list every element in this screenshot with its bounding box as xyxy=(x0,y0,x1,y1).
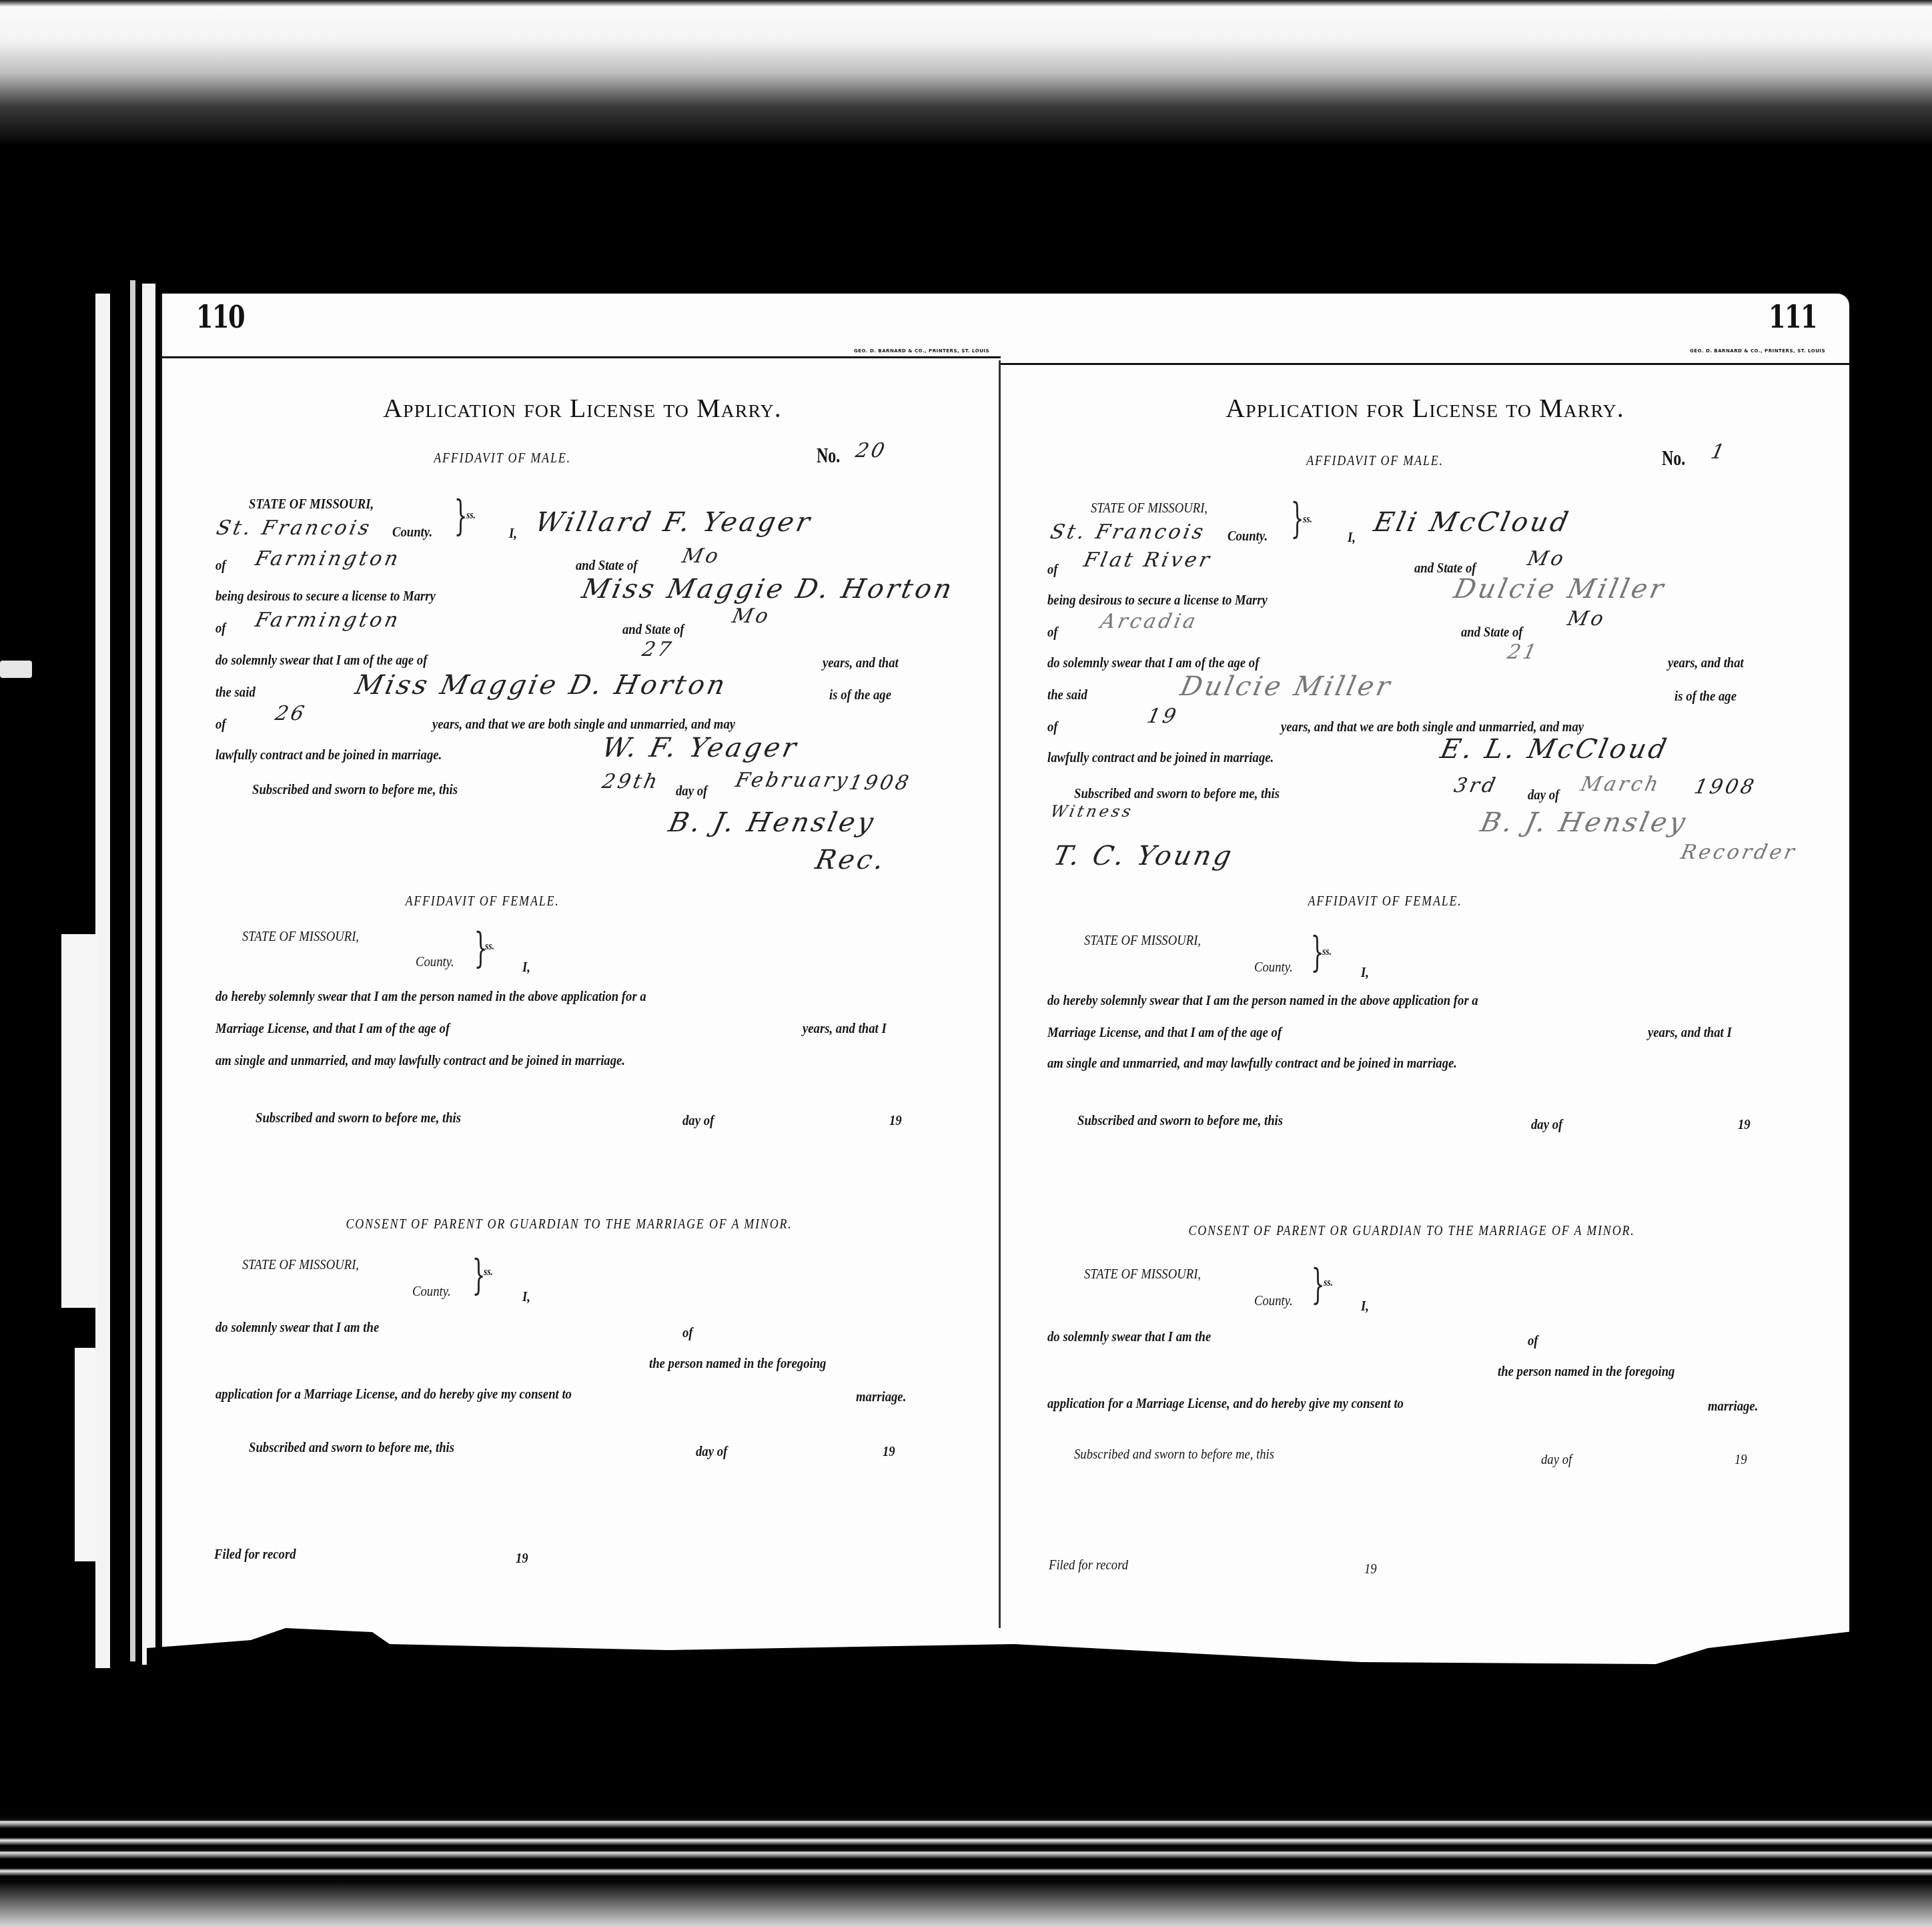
i-label: I, xyxy=(1361,1297,1369,1314)
day-of-label: day of xyxy=(1528,786,1559,803)
filed-for-record-label: Filed for record xyxy=(214,1545,296,1563)
county-value: St. Francois xyxy=(1048,520,1207,544)
sworn-month: February xyxy=(733,769,852,792)
subscribed-label: Subscribed and sworn to before me, this xyxy=(1074,1445,1274,1463)
spouse-age: 26 xyxy=(273,702,309,725)
applicant-name: Willard F. Yeager xyxy=(532,507,815,538)
of-label: of xyxy=(1047,560,1058,578)
sworn-year: 1908 xyxy=(1692,775,1759,799)
spouse-name: Dulcie Miller xyxy=(1451,574,1668,605)
age-label: do solemnly swear that I am of the age o… xyxy=(215,651,427,669)
the-said-label: the said xyxy=(215,683,256,701)
page-number: 110 xyxy=(196,299,244,335)
state-of-label: and State of xyxy=(576,556,637,574)
consent-line-3a: application for a Marriage License, and … xyxy=(1047,1395,1404,1412)
of-label: of xyxy=(1047,623,1058,641)
applicant-age: 21 xyxy=(1505,641,1541,664)
applicant-signature: W. F. Yeager xyxy=(599,733,801,763)
state-line: STATE OF MISSOURI, xyxy=(242,927,359,945)
entry-number-label: No. xyxy=(817,443,840,468)
consent-heading: CONSENT OF PARENT OR GUARDIAN TO THE MAR… xyxy=(179,1217,959,1232)
scan-background-right xyxy=(1849,254,1932,1855)
consent-line-1a: do solemnly swear that I am the xyxy=(215,1318,379,1336)
county-label: County. xyxy=(416,953,454,970)
day-of-label: day of xyxy=(676,782,707,799)
day-of-label: day of xyxy=(1531,1116,1562,1133)
sworn-month: March xyxy=(1578,773,1663,796)
officer-title: Recorder xyxy=(1678,841,1799,864)
i-label: I, xyxy=(522,958,530,976)
header-rule xyxy=(1001,363,1849,365)
of-label: of xyxy=(1047,718,1058,735)
ss-label: ss. xyxy=(1322,946,1332,958)
spouse-residence: Farmington xyxy=(253,609,402,632)
desirous-label: being desirous to secure a license to Ma… xyxy=(1047,591,1268,609)
female-line-1: do hereby solemnly swear that I am the p… xyxy=(215,988,646,1005)
of-label: of xyxy=(215,619,226,637)
ss-label: ss. xyxy=(1324,1277,1333,1289)
county-label: County. xyxy=(1228,527,1268,544)
county-label: County. xyxy=(392,523,432,540)
county-label: County. xyxy=(412,1282,451,1300)
female-line-2a: Marriage License, and that I am of the a… xyxy=(215,1020,450,1037)
sworn-day: 3rd xyxy=(1452,774,1500,797)
year-prefix: 19 xyxy=(1364,1560,1377,1577)
ss-label: ss. xyxy=(466,510,476,522)
year-prefix: 19 xyxy=(883,1443,895,1460)
county-label: County. xyxy=(1254,958,1293,976)
year-prefix: 19 xyxy=(1735,1451,1747,1468)
spouse-residence: Arcadia xyxy=(1098,610,1200,633)
consent-line-1a: do solemnly swear that I am the xyxy=(1047,1328,1211,1345)
book-page-edge xyxy=(142,284,155,1665)
applicant-signature: E. L. McCloud xyxy=(1438,734,1672,765)
spouse-name-repeat: Miss Maggie D. Horton xyxy=(352,670,731,701)
subscribed-label: Subscribed and sworn to before me, this xyxy=(1074,785,1280,802)
entry-number-label: No. xyxy=(1662,446,1685,470)
filed-for-record-label: Filed for record xyxy=(1049,1556,1128,1573)
subscribed-label: Subscribed and sworn to before me, this xyxy=(1077,1112,1283,1129)
female-line-1: do hereby solemnly swear that I am the p… xyxy=(1047,992,1478,1009)
sworn-day: 29th xyxy=(600,770,662,793)
ss-label: ss. xyxy=(1303,514,1312,526)
spouse-state: Mo xyxy=(1565,607,1608,631)
age-label: do solemnly swear that I am of the age o… xyxy=(1047,654,1259,671)
ss-label: ss. xyxy=(485,941,494,953)
book-page-edge xyxy=(130,280,135,1661)
consent-heading: CONSENT OF PARENT OR GUARDIAN TO THE MAR… xyxy=(1018,1224,1806,1239)
state-line: STATE OF MISSOURI, xyxy=(1084,1265,1201,1282)
officer-signature: B. J. Hensley xyxy=(666,807,879,838)
witness-signature: T. C. Young xyxy=(1051,841,1237,871)
spouse-name: Miss Maggie D. Horton xyxy=(579,574,957,605)
brace: } xyxy=(1312,1260,1325,1308)
consent-line-3a: application for a Marriage License, and … xyxy=(215,1385,572,1403)
year-prefix: 19 xyxy=(889,1112,902,1129)
female-line-3: am single and unmarried, and may lawfull… xyxy=(215,1052,625,1069)
years-and-that: years, and that xyxy=(1668,654,1744,671)
page-number: 111 xyxy=(1769,299,1817,335)
consent-line-1b: of xyxy=(682,1324,693,1341)
applicant-age: 27 xyxy=(640,638,676,661)
female-line-2a: Marriage License, and that I am of the a… xyxy=(1047,1024,1282,1041)
sworn-year: 1908 xyxy=(847,771,913,795)
female-line-3: am single and unmarried, and may lawfull… xyxy=(1047,1054,1457,1072)
book-page-edge xyxy=(75,1348,96,1561)
of-label: of xyxy=(215,556,226,574)
scanner-artifact-bottom xyxy=(0,1815,1932,1927)
state-line: STATE OF MISSOURI, xyxy=(1091,499,1207,516)
applicant-state: Mo xyxy=(680,544,722,568)
applicant-name: Eli McCloud xyxy=(1371,507,1573,538)
state-line: STATE OF MISSOURI, xyxy=(249,495,374,512)
subscribed-label: Subscribed and sworn to before me, this xyxy=(256,1109,461,1126)
day-of-label: day of xyxy=(696,1443,727,1460)
spouse-age: 19 xyxy=(1145,705,1181,728)
officer-signature: B. J. Hensley xyxy=(1478,807,1690,838)
witness-label: Witness xyxy=(1049,802,1135,821)
consent-line-3b: marriage. xyxy=(856,1388,906,1405)
lawful-clause: lawfully contract and be joined in marri… xyxy=(215,746,442,763)
years-and-that: years, and that xyxy=(823,654,899,671)
right-page: 111 GEO. D. BARNARD & CO., PRINTERS, ST.… xyxy=(1001,294,1849,1681)
i-label: I, xyxy=(509,524,517,542)
consent-line-2: the person named in the foregoing xyxy=(1498,1363,1674,1380)
page-title: Application for License to Marry. xyxy=(162,392,1003,424)
i-label: I, xyxy=(522,1288,530,1305)
spouse-state: Mo xyxy=(730,605,773,628)
lawful-clause: lawfully contract and be joined in marri… xyxy=(1047,749,1274,766)
spouse-name-repeat: Dulcie Miller xyxy=(1177,671,1395,702)
single-clause: years, and that we are both single and u… xyxy=(1281,718,1584,735)
state-of-label: and State of xyxy=(1461,623,1522,641)
day-of-label: day of xyxy=(1541,1451,1572,1468)
scanner-glare-top xyxy=(0,0,1932,173)
subscribed-label: Subscribed and sworn to before me, this xyxy=(252,781,458,798)
state-line: STATE OF MISSOURI, xyxy=(1084,931,1201,949)
day-of-label: day of xyxy=(682,1112,714,1129)
year-prefix: 19 xyxy=(516,1549,528,1567)
consent-line-1b: of xyxy=(1528,1332,1538,1349)
officer-title: Rec. xyxy=(813,845,889,875)
book-page-edge xyxy=(61,934,99,1308)
state-of-label: and State of xyxy=(622,621,684,638)
the-said-label: the said xyxy=(1047,686,1087,703)
printer-imprint: GEO. D. BARNARD & CO., PRINTERS, ST. LOU… xyxy=(1690,348,1825,354)
county-value: St. Francois xyxy=(214,516,374,540)
consent-line-3b: marriage. xyxy=(1708,1397,1758,1415)
entry-number-value: 20 xyxy=(853,439,889,462)
is-of-the-age: is of the age xyxy=(1674,687,1737,705)
state-line: STATE OF MISSOURI, xyxy=(242,1256,359,1273)
subscribed-label: Subscribed and sworn to before me, this xyxy=(249,1439,454,1456)
applicant-state: Mo xyxy=(1525,547,1568,570)
desirous-label: being desirous to secure a license to Ma… xyxy=(215,587,436,605)
header-rule xyxy=(162,356,1003,358)
single-clause: years, and that we are both single and u… xyxy=(432,715,735,733)
i-label: I, xyxy=(1348,528,1356,546)
female-line-2b: years, and that I xyxy=(1648,1024,1732,1041)
page-tab-stub xyxy=(0,661,32,678)
year-prefix: 19 xyxy=(1738,1116,1751,1133)
female-affidavit-heading: AFFIDAVIT OF FEMALE. xyxy=(14,894,951,909)
applicant-residence: Flat River xyxy=(1081,548,1214,572)
of-label: of xyxy=(215,715,226,733)
consent-line-2: the person named in the foregoing xyxy=(649,1355,826,1372)
is-of-the-age: is of the age xyxy=(829,686,891,703)
left-page: 110 GEO. D. BARNARD & CO., PRINTERS, ST.… xyxy=(160,294,1003,1668)
page-title: Application for License to Marry. xyxy=(1001,392,1849,424)
ss-label: ss. xyxy=(484,1266,493,1278)
female-affidavit-heading: AFFIDAVIT OF FEMALE. xyxy=(967,894,1803,909)
female-line-2b: years, and that I xyxy=(803,1020,887,1037)
brace: } xyxy=(454,491,468,540)
printer-imprint: GEO. D. BARNARD & CO., PRINTERS, ST. LOU… xyxy=(854,348,989,354)
applicant-residence: Farmington xyxy=(253,547,402,570)
brace: } xyxy=(1291,494,1304,542)
i-label: I, xyxy=(1361,963,1369,981)
county-label: County. xyxy=(1254,1292,1293,1309)
